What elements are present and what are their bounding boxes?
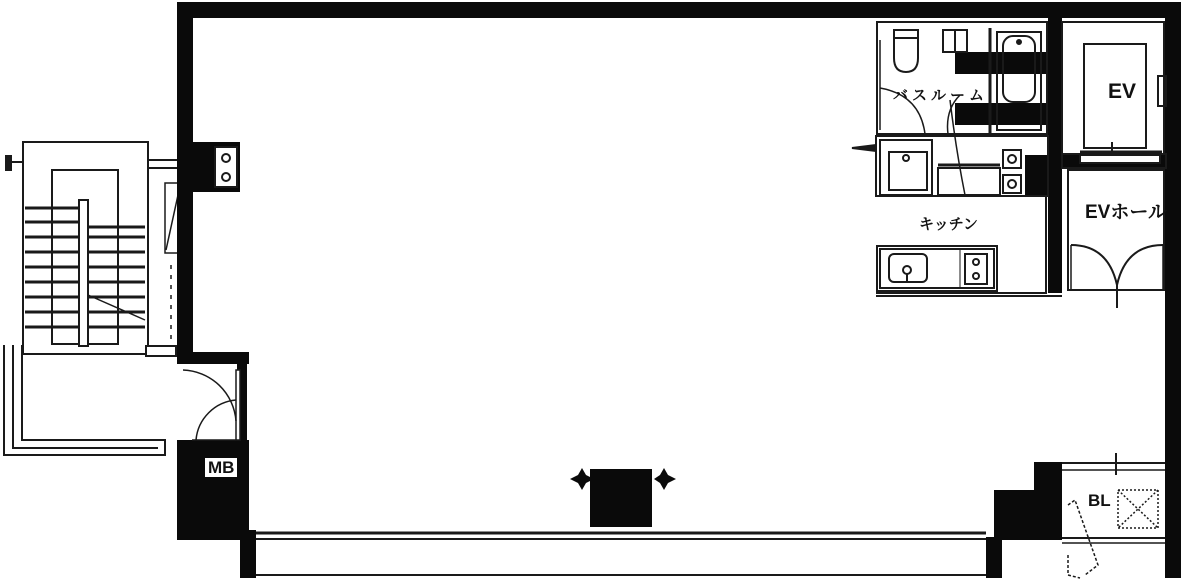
walls <box>177 2 1181 578</box>
door-opening-dashed <box>165 183 179 340</box>
floor-plan <box>0 0 1181 583</box>
balcony-label: BL <box>1088 492 1111 509</box>
column <box>590 469 652 527</box>
meter-box-label: MB <box>205 458 237 477</box>
bathroom-label: バスルーム <box>893 88 988 103</box>
toilet <box>894 30 918 72</box>
kitchen-label: キッチン <box>919 217 978 232</box>
washroom <box>852 136 1048 196</box>
staircase <box>4 142 178 455</box>
swing-door <box>183 370 240 440</box>
kitchen <box>876 196 1062 296</box>
balcony-hatch <box>1068 490 1158 578</box>
elevator-hall-label: EVホール <box>1085 203 1167 222</box>
elevator-label: EV <box>1108 81 1136 102</box>
elevator-hall <box>1068 170 1165 308</box>
